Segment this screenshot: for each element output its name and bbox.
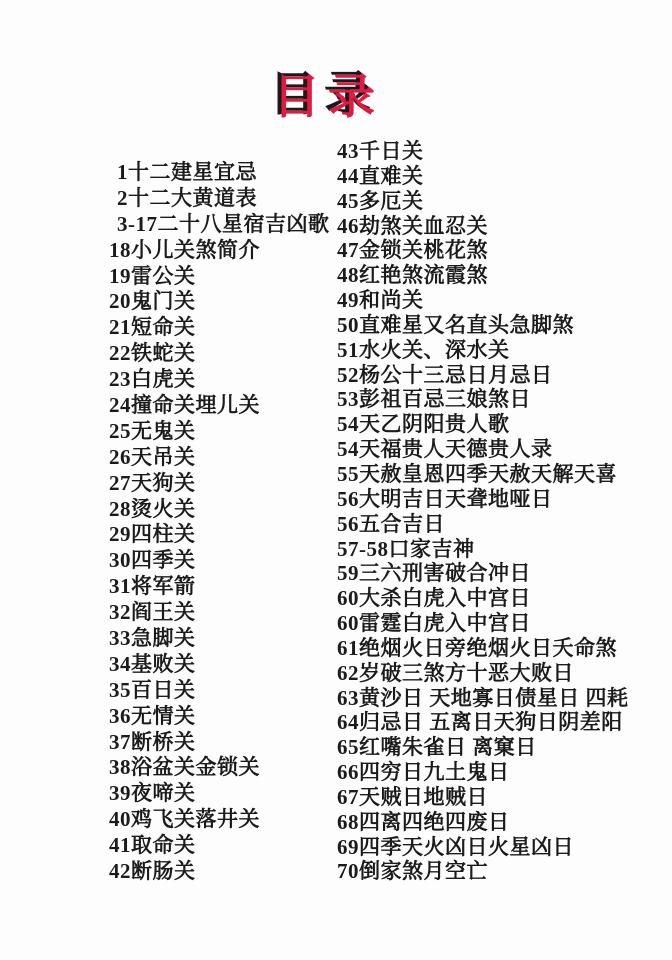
toc-entry: 38浴盆关金锁关: [109, 755, 330, 781]
toc-entry: 70倒家煞月空亡: [337, 859, 629, 884]
toc-entry: 20鬼门关: [109, 289, 330, 315]
toc-entry: 65红嘴朱雀日 离窠日: [337, 735, 629, 760]
toc-entry: 67天贼日地贼日: [337, 785, 629, 810]
toc-entry: 29四柱关: [109, 522, 330, 548]
toc-entry: 66四穷日九土鬼日: [337, 760, 629, 785]
toc-entry: 26天吊关: [109, 445, 330, 471]
toc-entry: 56大明吉日天聋地哑日: [337, 487, 629, 512]
toc-entry: 33急脚关: [109, 626, 330, 652]
toc-entry: 61绝烟火日旁绝烟火日夭命煞: [337, 636, 629, 661]
toc-entry: 36无情关: [109, 704, 330, 730]
toc-entry: 54天福贵人天德贵人录: [337, 437, 629, 462]
toc-entry: 25无鬼关: [109, 419, 330, 445]
toc-entry: 22铁蛇关: [109, 341, 330, 367]
toc-entry: 35百日关: [109, 678, 330, 704]
toc-entry: 63黄沙日 天地寡日债星日 四耗: [337, 686, 629, 711]
toc-entry: 52杨公十三忌日月忌日: [337, 363, 629, 388]
toc-entry: 19雷公关: [109, 264, 330, 290]
toc-entry: 60大杀白虎入中宫日: [337, 586, 629, 611]
toc-entry: 64归忌日 五离日天狗日阴差阳: [337, 710, 629, 735]
page-title: 目录: [0, 60, 656, 127]
toc-entry: 40鸡飞关落井关: [109, 807, 330, 833]
toc-entry: 34基败关: [109, 652, 330, 678]
toc-entry: 45多厄关: [337, 189, 629, 214]
toc-entry: 44直难关: [337, 164, 629, 189]
toc-entry: 41取命关: [109, 833, 330, 859]
toc-right-column: 43千日关44直难关45多厄关46劫煞关血忍关47金锁关桃花煞48红艳煞流霞煞4…: [337, 139, 629, 884]
toc-entry: 21短命关: [109, 315, 330, 341]
toc-entry: 32阎王关: [109, 600, 330, 626]
toc-entry: 30四季关: [109, 548, 330, 574]
toc-entry: 31将军箭: [109, 574, 330, 600]
toc-entry: 46劫煞关血忍关: [337, 214, 629, 239]
toc-entry: 62岁破三煞方十恶大败日: [337, 661, 629, 686]
toc-entry: 55天赦皇恩四季天赦天解天喜: [337, 462, 629, 487]
toc-entry: 37断桥关: [109, 730, 330, 756]
toc-entry: 51水火关、深水关: [337, 338, 629, 363]
toc-entry: 47金锁关桃花煞: [337, 238, 629, 263]
toc-entry: 28烫火关: [109, 497, 330, 523]
toc-entry: 56五合吉日: [337, 512, 629, 537]
toc-entry: 68四离四绝四废日: [337, 810, 629, 835]
toc-entry: 69四季天火凶日火星凶日: [337, 835, 629, 860]
toc-entry: 24撞命关埋儿关: [109, 393, 330, 419]
toc-entry: 60雷霆白虎入中宫日: [337, 611, 629, 636]
toc-entry: 53彭祖百忌三娘煞日: [337, 387, 629, 412]
toc-entry: 57-58口家吉神: [337, 537, 629, 562]
toc-entry: 50直难星又名直头急脚煞: [337, 313, 629, 338]
toc-entry: 54天乙阴阳贵人歌: [337, 412, 629, 437]
toc-entry: 18小儿关煞简介: [109, 238, 330, 264]
toc-page: 目录 1十二建星宜忌2十二大黄道表3-17二十八星宿吉凶歌18小儿关煞简介19雷…: [0, 0, 672, 960]
toc-entry: 42断肠关: [109, 859, 330, 885]
toc-entry: 59三六刑害破合冲日: [337, 561, 629, 586]
toc-entry: 49和尚关: [337, 288, 629, 313]
toc-entry: 2十二大黄道表: [109, 186, 330, 212]
toc-entry: 3-17二十八星宿吉凶歌: [109, 212, 330, 238]
toc-entry: 43千日关: [337, 139, 629, 164]
toc-entry: 1十二建星宜忌: [109, 160, 330, 186]
toc-entry: 23白虎关: [109, 367, 330, 393]
toc-entry: 48红艳煞流霞煞: [337, 263, 629, 288]
toc-left-column: 1十二建星宜忌2十二大黄道表3-17二十八星宿吉凶歌18小儿关煞简介19雷公关2…: [109, 160, 330, 885]
toc-entry: 27天狗关: [109, 471, 330, 497]
toc-entry: 39夜啼关: [109, 781, 330, 807]
